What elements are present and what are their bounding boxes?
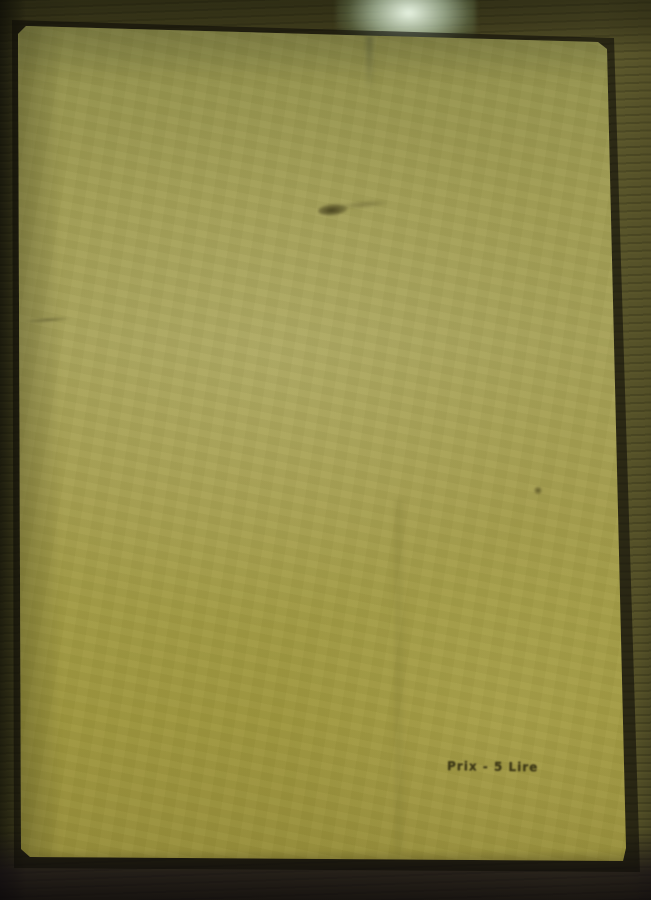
faint-drip-mark xyxy=(366,36,373,94)
cover-left-shading xyxy=(16,24,62,860)
booklet-back-cover: Prix - 5 Lire xyxy=(0,0,651,900)
stain-speck xyxy=(533,486,543,495)
price-stamp-text: Prix - 5 Lire xyxy=(447,759,567,783)
cover-vertical-crease xyxy=(392,500,406,855)
book-cover-photo: Prix - 5 Lire xyxy=(0,0,651,900)
